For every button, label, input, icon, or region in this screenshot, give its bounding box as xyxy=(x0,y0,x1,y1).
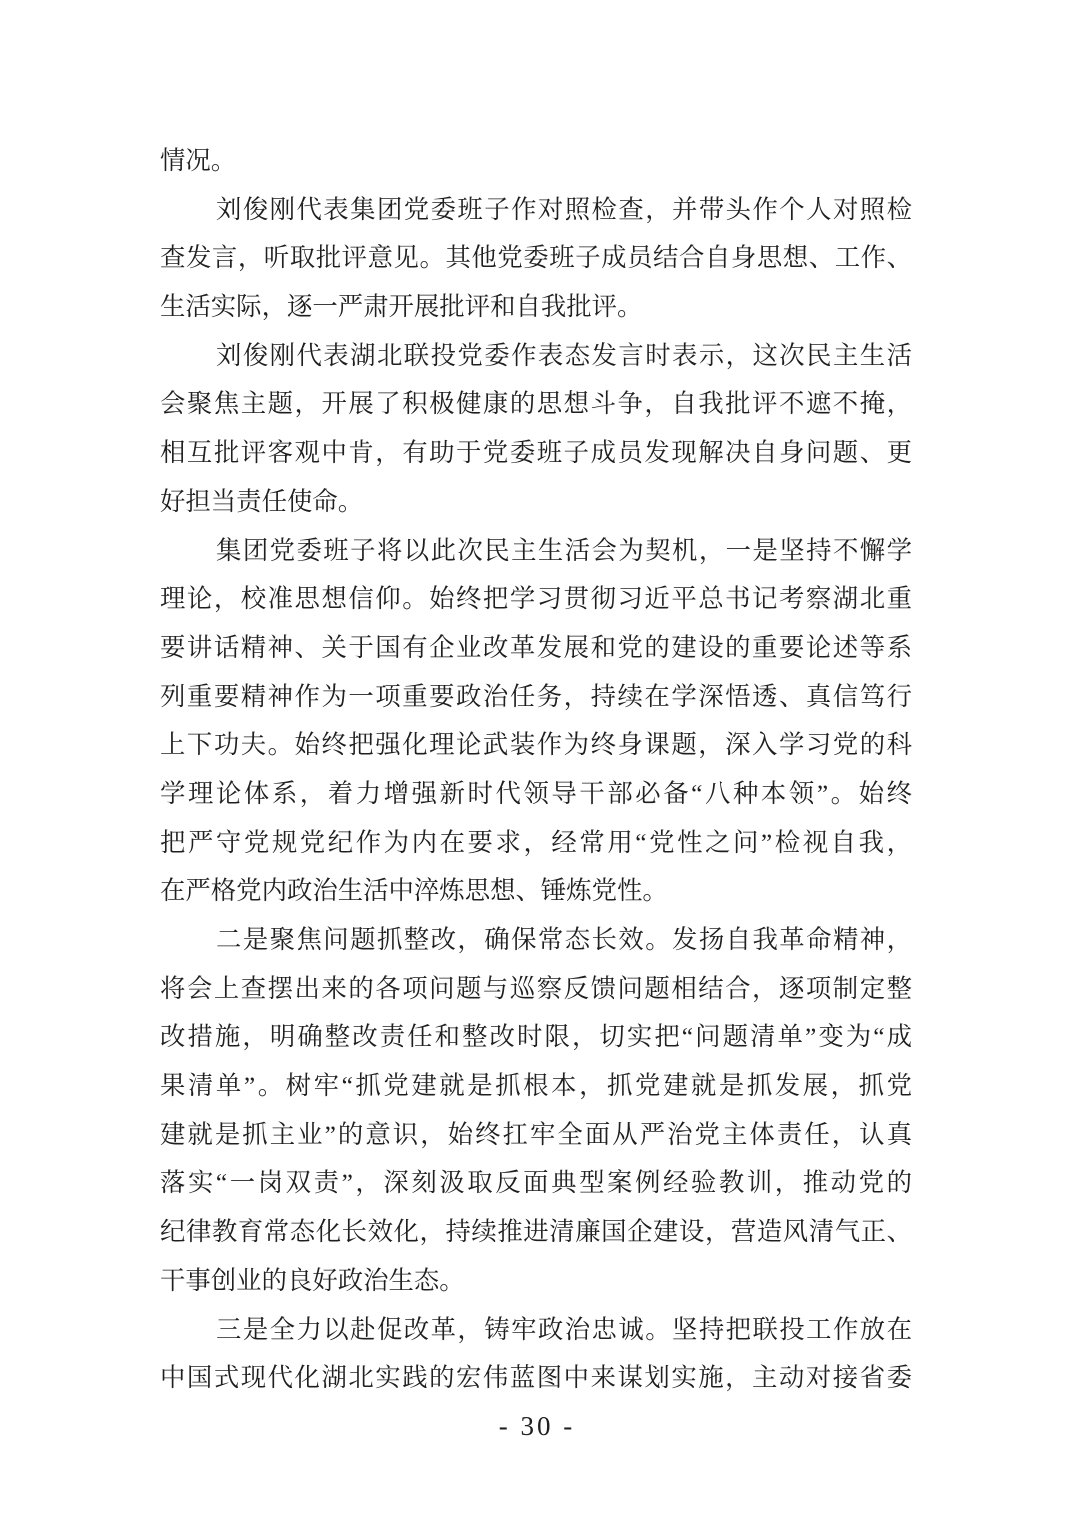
text-line-p3-3: 相互批评客观中肯，有助于党委班子成员发现解决自身问题、更 xyxy=(160,429,912,478)
text-line-p6-1: 三是全力以赴促改革，铸牢政治忠诚。坚持把联投工作放在 xyxy=(160,1306,912,1355)
text-line-p6-2: 中国式现代化湖北实践的宏伟蓝图中来谋划实施，主动对接省委 xyxy=(160,1354,912,1403)
document-page: 情况。刘俊刚代表集团党委班子作对照检查，并带头作个人对照检查发言，听取批评意见。… xyxy=(0,0,1074,1520)
document-body: 情况。刘俊刚代表集团党委班子作对照检查，并带头作个人对照检查发言，听取批评意见。… xyxy=(160,137,912,1403)
text-line-p3-4: 好担当责任使命。 xyxy=(160,478,912,527)
text-line-p5-2: 将会上查摆出来的各项问题与巡察反馈问题相结合，逐项制定整 xyxy=(160,965,912,1014)
text-line-p2-3: 生活实际，逐一严肃开展批评和自我批评。 xyxy=(160,283,912,332)
text-line-p5-1: 二是聚焦问题抓整改，确保常态长效。发扬自我革命精神， xyxy=(160,916,912,965)
text-line-p4-1: 集团党委班子将以此次民主生活会为契机，一是坚持不懈学 xyxy=(160,527,912,576)
text-line-p2-2: 查发言，听取批评意见。其他党委班子成员结合自身思想、工作、 xyxy=(160,234,912,283)
text-line-p3-1: 刘俊刚代表湖北联投党委作表态发言时表示，这次民主生活 xyxy=(160,332,912,381)
text-line-p4-5: 上下功夫。始终把强化理论武装作为终身课题，深入学习党的科 xyxy=(160,721,912,770)
text-line-p5-4: 果清单”。树牢“抓党建就是抓根本，抓党建就是抓发展，抓党 xyxy=(160,1062,912,1111)
text-line-p2-1: 刘俊刚代表集团党委班子作对照检查，并带头作个人对照检 xyxy=(160,186,912,235)
page-number: - 30 - xyxy=(0,1406,1074,1446)
text-line-p4-7: 把严守党规党纪作为内在要求，经常用“党性之问”检视自我， xyxy=(160,819,912,868)
text-line-p5-8: 干事创业的良好政治生态。 xyxy=(160,1257,912,1306)
text-line-p5-6: 落实“一岗双责”，深刻汲取反面典型案例经验教训，推动党的 xyxy=(160,1159,912,1208)
text-line-p5-7: 纪律教育常态化长效化，持续推进清廉国企建设，营造风清气正、 xyxy=(160,1208,912,1257)
text-line-p4-4: 列重要精神作为一项重要政治任务，持续在学深悟透、真信笃行 xyxy=(160,673,912,722)
text-line-p3-2: 会聚焦主题，开展了积极健康的思想斗争，自我批评不遮不掩， xyxy=(160,380,912,429)
text-line-p5-3: 改措施，明确整改责任和整改时限，切实把“问题清单”变为“成 xyxy=(160,1013,912,1062)
text-line-p1-1: 情况。 xyxy=(160,137,912,186)
text-line-p4-6: 学理论体系，着力增强新时代领导干部必备“八种本领”。始终 xyxy=(160,770,912,819)
text-line-p5-5: 建就是抓主业”的意识，始终扛牢全面从严治党主体责任，认真 xyxy=(160,1111,912,1160)
text-line-p4-8: 在严格党内政治生活中淬炼思想、锤炼党性。 xyxy=(160,867,912,916)
text-line-p4-2: 理论，校准思想信仰。始终把学习贯彻习近平总书记考察湖北重 xyxy=(160,575,912,624)
text-line-p4-3: 要讲话精神、关于国有企业改革发展和党的建设的重要论述等系 xyxy=(160,624,912,673)
